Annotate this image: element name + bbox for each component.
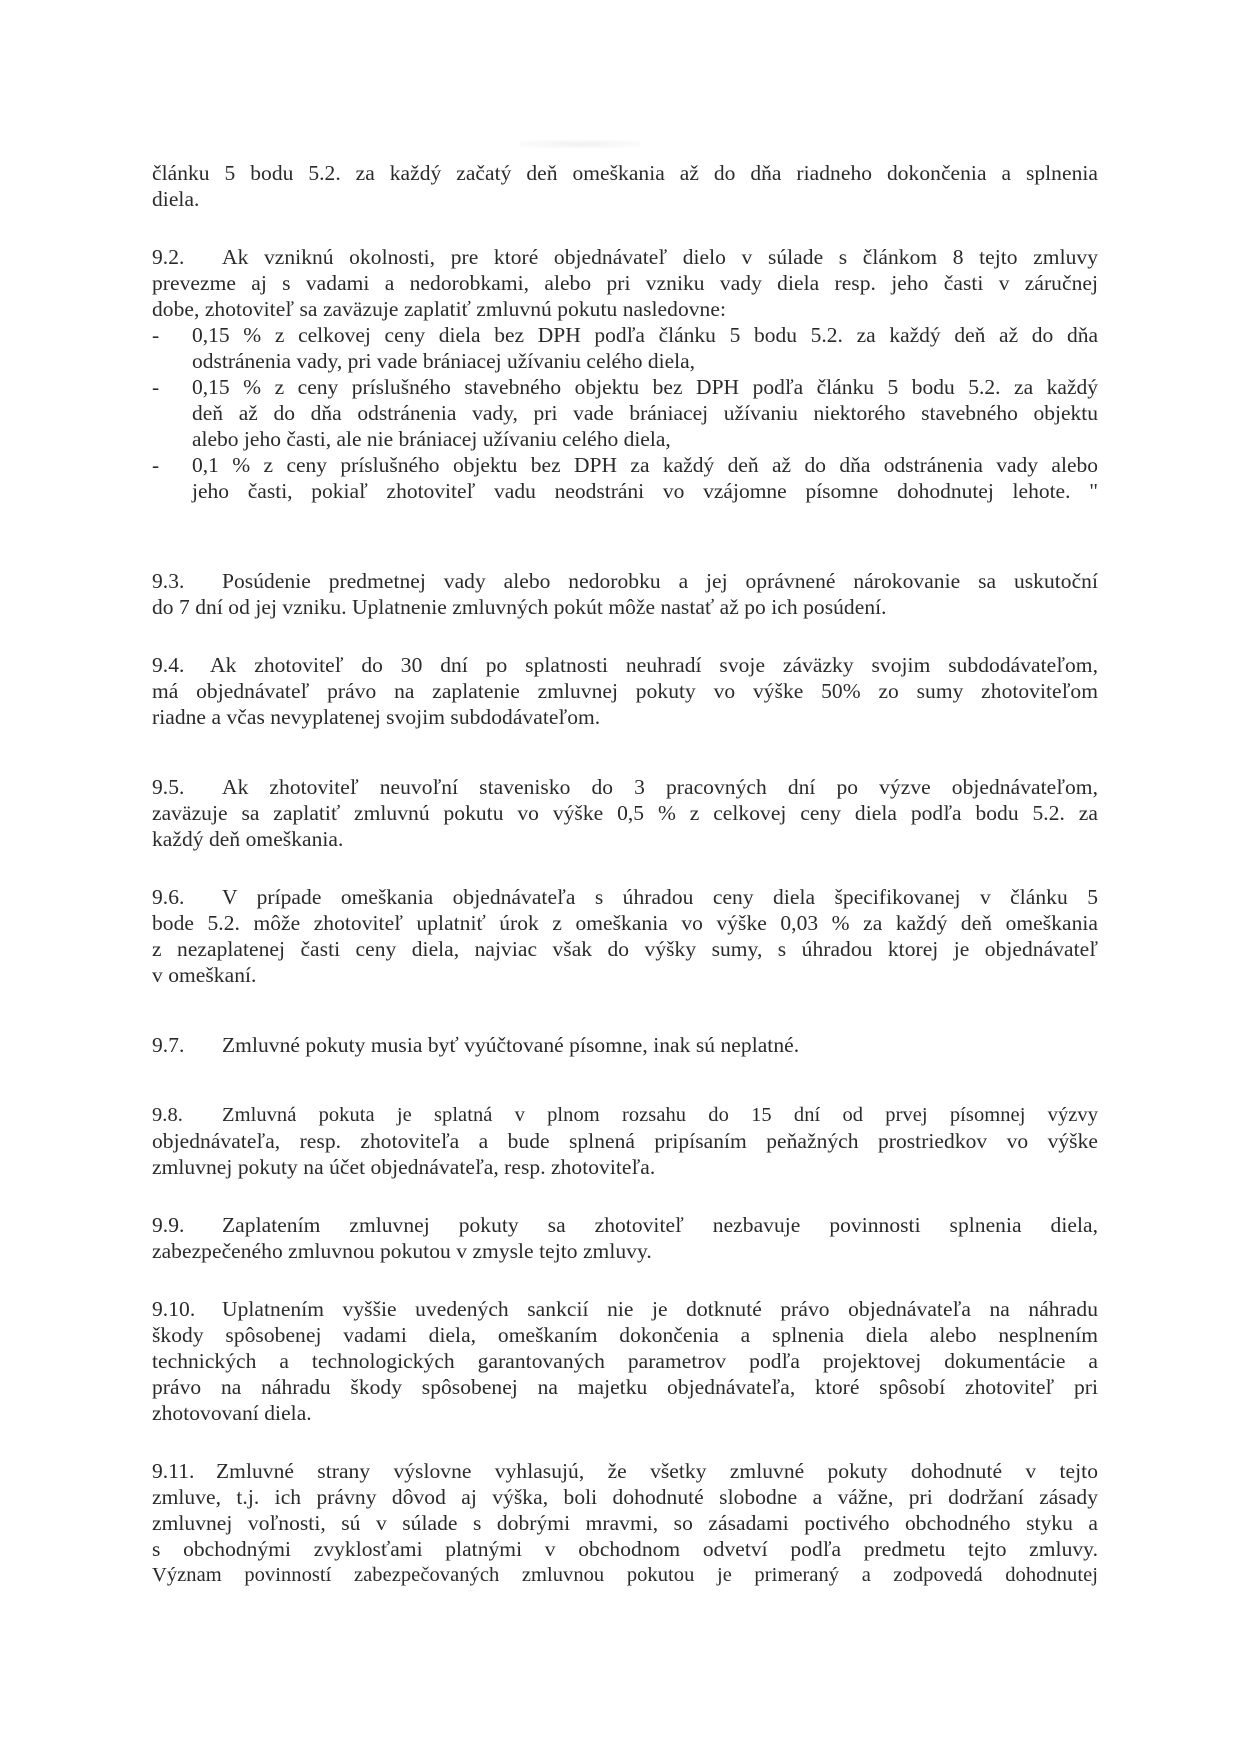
section-line: zabezpečeného zmluvnou pokutou v zmysle … bbox=[152, 1238, 1098, 1264]
section-first-line: 9.10.Uplatnením vyššie uvedených sankcií… bbox=[152, 1296, 1098, 1322]
section-line: v omeškaní. bbox=[152, 962, 1098, 988]
bullet-dash: - bbox=[152, 452, 159, 478]
bullet-line: jeho časti, pokiaľ zhotoviteľ vadu neods… bbox=[192, 478, 1098, 504]
scan-artifact bbox=[520, 140, 640, 148]
section-number: 9.6. bbox=[152, 884, 222, 910]
section-text: Zmluvná pokuta je splatná v plnom rozsah… bbox=[222, 1104, 1098, 1126]
section-text: Posúdenie predmetnej vady alebo nedorobk… bbox=[222, 569, 1098, 593]
bullet-line: 0,15 % z ceny príslušného stavebného obj… bbox=[192, 374, 1098, 400]
section-line: bode 5.2. môže zhotoviteľ uplatniť úrok … bbox=[152, 910, 1098, 936]
section-first-line: 9.3.Posúdenie predmetnej vady alebo nedo… bbox=[152, 568, 1098, 594]
section-number: 9.2. bbox=[152, 244, 222, 270]
section-line: technických a technologických garantovan… bbox=[152, 1348, 1098, 1374]
section-line: škody spôsobenej vadami diela, omeškaním… bbox=[152, 1322, 1098, 1348]
bullet-line: deň až do dňa odstránenia vady, pri vade… bbox=[192, 400, 1098, 426]
section-text: V prípade omeškania objednávateľa s úhra… bbox=[222, 885, 1098, 909]
section-line: zaväzuje sa zaplatiť zmluvnú pokutu vo v… bbox=[152, 800, 1098, 826]
section-first-line: 9.8.Zmluvná pokuta je splatná v plnom ro… bbox=[152, 1102, 1098, 1128]
bullet-dash: - bbox=[152, 322, 159, 348]
section-number: 9.4. bbox=[152, 652, 210, 678]
section-text: Zmluvné strany výslovne vyhlasujú, že vš… bbox=[216, 1459, 1098, 1483]
section-number: 9.10. bbox=[152, 1296, 222, 1322]
bullet-dash: - bbox=[152, 374, 159, 400]
section-number: 9.7. bbox=[152, 1032, 222, 1058]
bullet-line: odstránenia vady, pri vade brániacej uží… bbox=[192, 348, 1098, 374]
section-number: 9.5. bbox=[152, 774, 222, 800]
section-line: Význam povinností zabezpečovaných zmluvn… bbox=[152, 1562, 1098, 1588]
section-line: s obchodnými zvyklosťami platnými v obch… bbox=[152, 1536, 1098, 1562]
continuation-line: článku 5 bodu 5.2. za každý začatý deň o… bbox=[152, 160, 1098, 186]
section-text: Zmluvné pokuty musia byť vyúčtované píso… bbox=[222, 1033, 799, 1057]
continuation-line: diela. bbox=[152, 186, 1098, 212]
section-text: Ak vzniknú okolnosti, pre ktoré objednáv… bbox=[222, 245, 1098, 269]
section-text: Zaplatením zmluvnej pokuty sa zhotoviteľ… bbox=[222, 1213, 1098, 1237]
section-first-line: 9.9.Zaplatením zmluvnej pokuty sa zhotov… bbox=[152, 1212, 1098, 1238]
section-line: riadne a včas nevyplatenej svojim subdod… bbox=[152, 704, 1098, 730]
section-line: zhotovovaní diela. bbox=[152, 1400, 1098, 1426]
bullet-line: alebo jeho časti, ale nie brániacej užív… bbox=[192, 426, 1098, 452]
section-number: 9.3. bbox=[152, 568, 222, 594]
section-text: Uplatnením vyššie uvedených sankcií nie … bbox=[222, 1297, 1098, 1321]
section-line: do 7 dní od jej vzniku. Uplatnenie zmluv… bbox=[152, 594, 1098, 620]
bullet-line: 0,1 % z ceny príslušného objektu bez DPH… bbox=[192, 452, 1098, 478]
section-line: prevezme aj s vadami a nedorobkami, aleb… bbox=[152, 270, 1098, 296]
section-line: zmluvnej voľnosti, sú v súlade s dobrými… bbox=[152, 1510, 1098, 1536]
section-text: Ak zhotoviteľ neuvoľní stavenisko do 3 p… bbox=[222, 775, 1098, 799]
document-page: článku 5 bodu 5.2. za každý začatý deň o… bbox=[0, 0, 1240, 1753]
section-line: dobe, zhotoviteľ sa zaväzuje zaplatiť zm… bbox=[152, 296, 1098, 322]
section-first-line: 9.2.Ak vzniknú okolnosti, pre ktoré obje… bbox=[152, 244, 1098, 270]
section-number: 9.8. bbox=[152, 1102, 222, 1128]
section-first-line: 9.7.Zmluvné pokuty musia byť vyúčtované … bbox=[152, 1032, 1098, 1058]
section-first-line: 9.5.Ak zhotoviteľ neuvoľní stavenisko do… bbox=[152, 774, 1098, 800]
section-line: každý deň omeškania. bbox=[152, 826, 1098, 852]
section-number: 9.11. bbox=[152, 1458, 216, 1484]
section-number: 9.9. bbox=[152, 1212, 222, 1238]
section-line: zmluvnej pokuty na účet objednávateľa, r… bbox=[152, 1154, 1098, 1180]
section-text: Ak zhotoviteľ do 30 dní po splatnosti ne… bbox=[210, 653, 1098, 677]
section-first-line: 9.11.Zmluvné strany výslovne vyhlasujú, … bbox=[152, 1458, 1098, 1484]
section-line: objednávateľa, resp. zhotoviteľa a bude … bbox=[152, 1128, 1098, 1154]
section-line: má objednávateľ právo na zaplatenie zmlu… bbox=[152, 678, 1098, 704]
section-first-line: 9.6.V prípade omeškania objednávateľa s … bbox=[152, 884, 1098, 910]
bullet-line: 0,15 % z celkovej ceny diela bez DPH pod… bbox=[192, 322, 1098, 348]
section-line: zmluve, t.j. ich právny dôvod aj výška, … bbox=[152, 1484, 1098, 1510]
section-line: z nezaplatenej časti ceny diela, najviac… bbox=[152, 936, 1098, 962]
section-first-line: 9.4.Ak zhotoviteľ do 30 dní po splatnost… bbox=[152, 652, 1098, 678]
section-line: právo na náhradu škody spôsobenej na maj… bbox=[152, 1374, 1098, 1400]
